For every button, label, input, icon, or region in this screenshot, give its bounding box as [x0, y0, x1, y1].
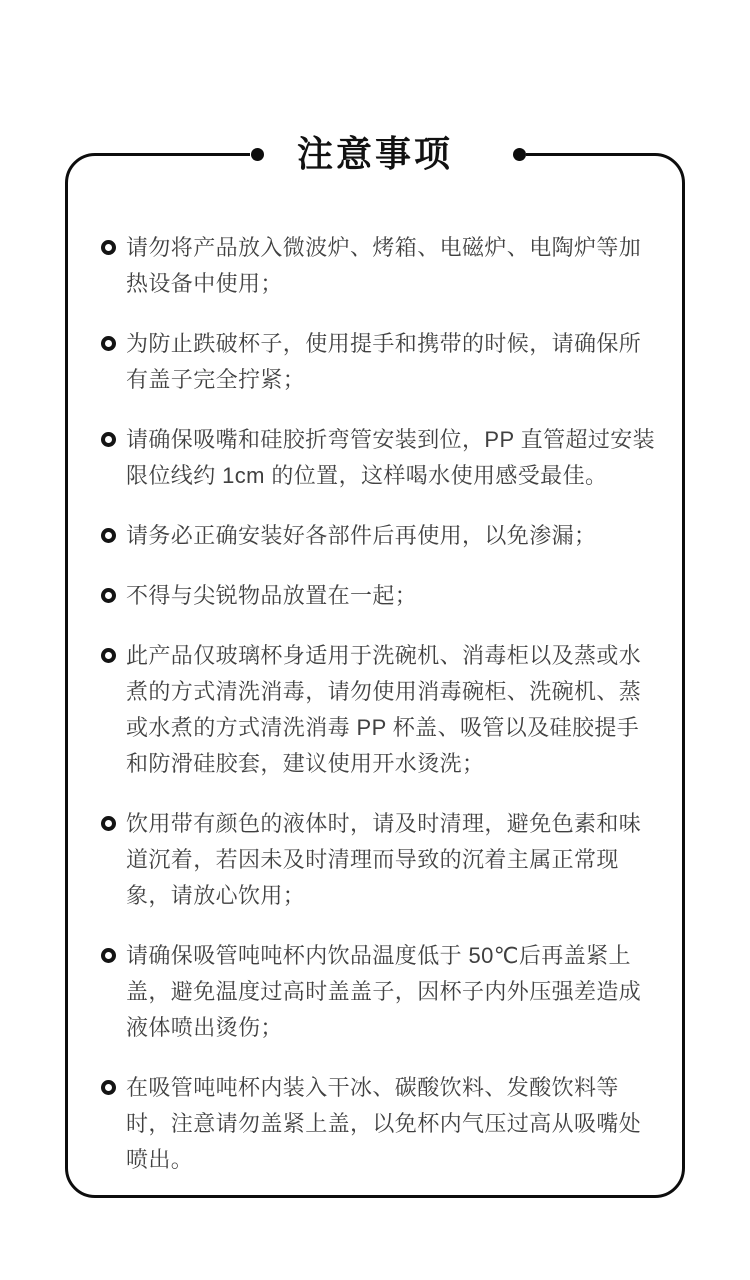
list-item: 在吸管吨吨杯内装入干冰、碳酸饮料、发酸饮料等时，注意请勿盖紧上盖，以免杯内气压过… — [101, 1070, 658, 1178]
list-item: 饮用带有颜色的液体时，请及时清理，避免色素和味道沉着，若因未及时清理而导致的沉着… — [101, 806, 658, 914]
bullet-ring-icon — [101, 648, 116, 663]
bullet-ring-icon — [101, 240, 116, 255]
note-text: 不得与尖锐物品放置在一起； — [126, 578, 417, 614]
list-item: 不得与尖锐物品放置在一起； — [101, 578, 658, 614]
bullet-ring-icon — [101, 1080, 116, 1095]
precautions-box: 请勿将产品放入微波炉、烤箱、电磁炉、电陶炉等加热设备中使用；为防止跌破杯子，使用… — [65, 153, 685, 1198]
precautions-page: 注意事项 请勿将产品放入微波炉、烤箱、电磁炉、电陶炉等加热设备中使用；为防止跌破… — [0, 0, 750, 1280]
note-text: 请勿将产品放入微波炉、烤箱、电磁炉、电陶炉等加热设备中使用； — [126, 230, 658, 302]
bullet-ring-icon — [101, 432, 116, 447]
note-text: 为防止跌破杯子，使用提手和携带的时候，请确保所有盖子完全拧紧； — [126, 326, 658, 398]
list-item: 为防止跌破杯子，使用提手和携带的时候，请确保所有盖子完全拧紧； — [101, 326, 658, 398]
note-text: 饮用带有颜色的液体时，请及时清理，避免色素和味道沉着，若因未及时清理而导致的沉着… — [126, 806, 658, 914]
page-title: 注意事项 — [0, 133, 750, 175]
list-item: 请勿将产品放入微波炉、烤箱、电磁炉、电陶炉等加热设备中使用； — [101, 230, 658, 302]
notes-list: 请勿将产品放入微波炉、烤箱、电磁炉、电陶炉等加热设备中使用；为防止跌破杯子，使用… — [101, 230, 658, 1178]
list-item: 请务必正确安装好各部件后再使用，以免渗漏； — [101, 518, 658, 554]
bullet-ring-icon — [101, 948, 116, 963]
note-text: 请务必正确安装好各部件后再使用，以免渗漏； — [126, 518, 596, 554]
note-text: 请确保吸嘴和硅胶折弯管安装到位，PP 直管超过安装限位线约 1cm 的位置，这样… — [126, 422, 658, 494]
bullet-ring-icon — [101, 528, 116, 543]
bullet-ring-icon — [101, 588, 116, 603]
note-text: 请确保吸管吨吨杯内饮品温度低于 50℃后再盖紧上盖，避免温度过高时盖盖子，因杯子… — [126, 938, 658, 1046]
note-text: 此产品仅玻璃杯身适用于洗碗机、消毒柜以及蒸或水煮的方式清洗消毒，请勿使用消毒碗柜… — [126, 638, 658, 782]
list-item: 请确保吸管吨吨杯内饮品温度低于 50℃后再盖紧上盖，避免温度过高时盖盖子，因杯子… — [101, 938, 658, 1046]
list-item: 请确保吸嘴和硅胶折弯管安装到位，PP 直管超过安装限位线约 1cm 的位置，这样… — [101, 422, 658, 494]
bullet-ring-icon — [101, 816, 116, 831]
bullet-ring-icon — [101, 336, 116, 351]
list-item: 此产品仅玻璃杯身适用于洗碗机、消毒柜以及蒸或水煮的方式清洗消毒，请勿使用消毒碗柜… — [101, 638, 658, 782]
note-text: 在吸管吨吨杯内装入干冰、碳酸饮料、发酸饮料等时，注意请勿盖紧上盖，以免杯内气压过… — [126, 1070, 658, 1178]
